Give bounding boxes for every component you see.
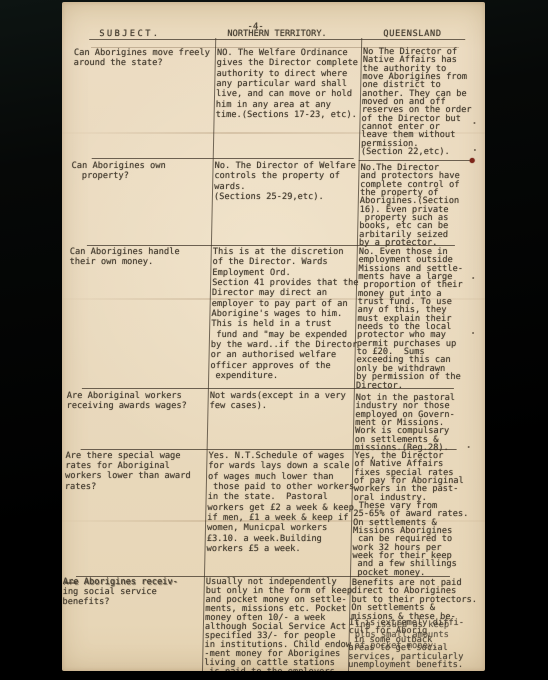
row-6-queensland-undertype-layer: It is extremely diffi- cult for Aborig i… <box>348 619 464 669</box>
row-separator <box>92 158 354 159</box>
header-underline <box>89 39 465 40</box>
row-6-queensland-cell: Benefits are not paid direct to Aborigin… <box>351 579 477 621</box>
row-3-queensland-cell: No. Even those in employment outside Mis… <box>356 248 464 390</box>
row-4-subject-cell: Are Aboriginal workers receiving awards … <box>66 391 187 411</box>
ink-speck <box>468 446 470 448</box>
column-header-northern-territory: NORTHERN TERRITORY. <box>227 29 327 39</box>
row-2-queensland-cell: No.The Director and protectors have comp… <box>359 164 460 247</box>
row-1-northern-territory-cell: NO. The Welfare Ordinance gives the Dire… <box>216 48 359 120</box>
row-separator-qld-segment <box>359 160 470 161</box>
red-ink-speck <box>470 158 475 163</box>
row-5-northern-territory-cell: Yes. N.T.Schedule of wages for wards lay… <box>206 451 355 554</box>
ink-speck <box>472 332 474 334</box>
row-1-queensland-cell: No The Director of Native Affairs has th… <box>361 48 473 156</box>
row-5-subject-cell: Are there special wage rates for Aborigi… <box>65 451 191 492</box>
row-6-subject-overstrike: Are Aborigines receiv- <box>64 578 179 588</box>
row-2-subject-cell: Can Aborigines own property? <box>71 161 166 181</box>
row-5-queensland-cell: Yes, the Director of Native Affairs fixe… <box>352 452 470 577</box>
row-4-queensland-cell: Not in the pastoral industry nor those e… <box>355 394 456 452</box>
table: -4- SUBJECT. NORTHERN TERRITORY. QUEENSL… <box>62 2 485 671</box>
column-header-queensland: QUEENSLAND <box>383 29 442 39</box>
row-6-northern-territory-cell: Usually not independently but only in th… <box>204 578 353 671</box>
row-3-northern-territory-cell: This is at the discretion of the Directo… <box>210 247 359 381</box>
row-2-northern-territory-cell: No. The Director of Welfare controls the… <box>214 161 356 202</box>
row-3-subject-cell: Can Aborigines handle their own money. <box>69 247 179 267</box>
row-4-northern-territory-cell: Not wards(except in a very few cases). <box>209 391 345 412</box>
column-header-subject: SUBJECT. <box>99 29 160 39</box>
ink-speck <box>472 277 474 279</box>
ink-speck <box>473 122 475 124</box>
ink-speck <box>474 149 476 151</box>
photo-background: -4- SUBJECT. NORTHERN TERRITORY. QUEENSL… <box>0 0 548 680</box>
document-page: -4- SUBJECT. NORTHERN TERRITORY. QUEENSL… <box>62 2 485 671</box>
row-1-subject-cell: Can Aborigines move freely around the st… <box>74 48 210 68</box>
ink-smudge <box>65 582 77 584</box>
